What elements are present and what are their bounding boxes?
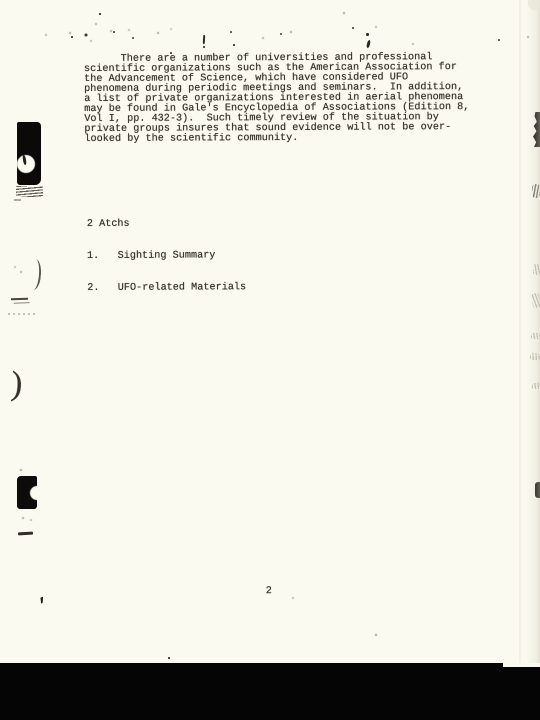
scan-artifact-black-chunk <box>17 476 37 509</box>
attachments-block: 2 Atchs 1. Sighting Summary 2. UFO-relat… <box>87 198 348 316</box>
scanner-bottom-black-bar <box>0 663 540 720</box>
page-number: 2 <box>266 587 272 597</box>
scan-artifact-punch-hole-blob <box>17 122 41 185</box>
typewritten-text-layer: There are a number of universities and p… <box>0 0 540 720</box>
scan-artifact-speck-field <box>0 0 2 2</box>
scanner-bar-notch <box>503 663 540 667</box>
scan-artifact-hatch-marks <box>16 186 43 197</box>
scan-artifact-corner-smudge <box>528 0 540 10</box>
attachment-item-1: 1. Sighting Summary <box>87 251 347 263</box>
scan-artifact-right-edge-shading <box>526 0 540 663</box>
attachments-count-label: 2 Atchs <box>87 219 347 231</box>
attachment-item-2: 2. UFO-related Materials <box>87 282 347 294</box>
scanned-document-page: There are a number of universities and p… <box>0 0 540 720</box>
scan-artifact-fold-line <box>519 0 521 663</box>
scan-artifact-paren-mark: ) <box>10 365 37 407</box>
scan-artifact-hatch-tail <box>14 199 21 201</box>
body-paragraph: There are a number of universities and p… <box>84 53 494 146</box>
scan-artifact-dotted-row <box>8 313 38 315</box>
scan-artifact-semicolon-dot <box>366 33 369 36</box>
